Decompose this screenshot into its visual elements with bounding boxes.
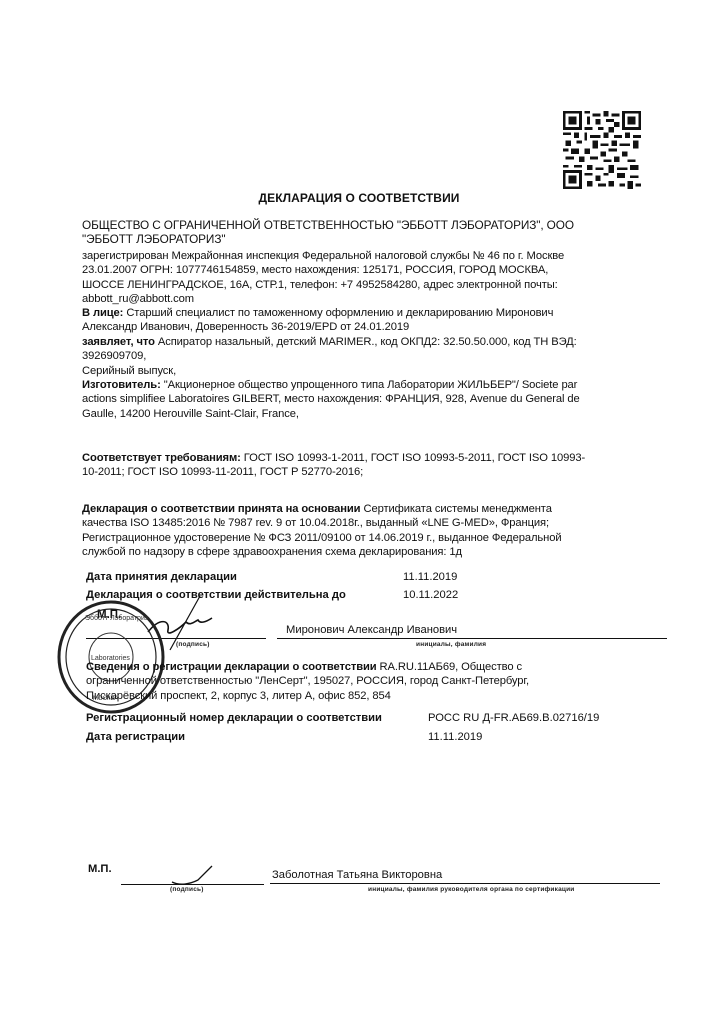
applicant-name: ОБЩЕСТВО С ОГРАНИЧЕННОЙ ОТВЕТСТВЕННОСТЬЮ… bbox=[82, 218, 657, 247]
adoption-date-label: Дата принятия декларации bbox=[86, 571, 237, 583]
declares-label: заявляет, что bbox=[82, 336, 155, 348]
registration-line: abbott_ru@abbott.com bbox=[82, 292, 657, 306]
registration-info-text: RA.RU.11АБ69, Общество с bbox=[377, 661, 522, 673]
requirements: Соответствует требованиям: ГОСТ ISO 1099… bbox=[82, 451, 657, 480]
registration-date-label: Дата регистрации bbox=[86, 731, 185, 743]
svg-text:Эбботт Лэборатриз: Эбботт Лэборатриз bbox=[85, 614, 148, 622]
product-code: 3926909709, bbox=[82, 349, 657, 363]
representative: В лице: Старший специалист по таможенном… bbox=[82, 306, 657, 335]
name-caption: инициалы, фамилия bbox=[416, 641, 486, 648]
product-description: Аспиратор назальный, детский MARIMER., к… bbox=[155, 336, 577, 348]
signer-name: Миронович Александр Иванович bbox=[286, 624, 457, 636]
representative-label: В лице: bbox=[82, 307, 123, 319]
valid-until-value: 10.11.2022 bbox=[403, 589, 458, 601]
name-caption: инициалы, фамилия руководителя органа по… bbox=[368, 886, 574, 893]
stamp-place-label: М.П. bbox=[88, 863, 112, 875]
manufacturer: Изготовитель: "Акционерное общество упро… bbox=[82, 378, 657, 421]
basis-text: Регистрационное удостоверение № ФСЗ 2011… bbox=[82, 531, 657, 545]
certification-signer-name: Заболотная Татьяна Викторовна bbox=[272, 869, 442, 881]
production-type: Серийный выпуск, bbox=[82, 364, 657, 378]
qr-code-icon bbox=[563, 108, 641, 192]
representative-text: Александр Иванович, Доверенность 36-2019… bbox=[82, 320, 657, 334]
name-line bbox=[277, 638, 667, 639]
registration-info: Сведения о регистрации декларации о соот… bbox=[86, 660, 661, 703]
registration-number-value: РОСС RU Д-FR.АБ69.В.02716/19 bbox=[428, 712, 599, 724]
requirements-text: 10-2011; ГОСТ ISO 10993-11-2011, ГОСТ Р … bbox=[82, 465, 657, 479]
basis-text: Сертификата системы менеджмента bbox=[360, 503, 551, 515]
manufacturer-text: "Акционерное общество упрощенного типа Л… bbox=[161, 379, 578, 391]
representative-text: Старший специалист по таможенному оформл… bbox=[123, 307, 553, 319]
basis-text: качества ISO 13485:2016 № 7987 rev. 9 от… bbox=[82, 516, 657, 530]
applicant-name-line: "ЭББОТТ ЛЭБОРАТОРИЗ" bbox=[82, 232, 657, 246]
registration-date-value: 11.11.2019 bbox=[428, 731, 482, 743]
registration-info-label: Сведения о регистрации декларации о соот… bbox=[86, 661, 377, 673]
registration-info-text: Пискарёвский проспект, 2, корпус 3, лите… bbox=[86, 689, 661, 703]
declaration-statement: заявляет, что Аспиратор назальный, детск… bbox=[82, 335, 657, 378]
registration-number-label: Регистрационный номер декларации о соотв… bbox=[86, 712, 382, 724]
adoption-date-value: 11.11.2019 bbox=[403, 571, 457, 583]
manufacturer-label: Изготовитель: bbox=[82, 379, 161, 391]
registration-info-text: ограниченной ответственностью "ЛенСерт",… bbox=[86, 674, 661, 688]
applicant-registration: зарегистрирован Межрайонная инспекция Фе… bbox=[82, 249, 657, 307]
registration-line: зарегистрирован Межрайонная инспекция Фе… bbox=[82, 249, 657, 263]
name-line bbox=[270, 883, 660, 884]
manufacturer-text: Gaulle, 14200 Herouville Saint-Clair, Fr… bbox=[82, 407, 657, 421]
handwritten-signature-icon bbox=[168, 862, 218, 890]
registration-line: ШОССЕ ЛЕНИНГРАДСКОЕ, 16А, СТР.1, телефон… bbox=[82, 278, 657, 292]
document-title: ДЕКЛАРАЦИЯ О СООТВЕТСТВИИ bbox=[0, 191, 718, 205]
manufacturer-text: actions simplifiee Laboratoires GILBERT,… bbox=[82, 392, 657, 406]
basis-label: Декларация о соответствии принята на осн… bbox=[82, 503, 360, 515]
applicant-name-line: ОБЩЕСТВО С ОГРАНИЧЕННОЙ ОТВЕТСТВЕННОСТЬЮ… bbox=[82, 218, 657, 232]
declaration-basis: Декларация о соответствии принята на осн… bbox=[82, 502, 657, 560]
basis-text: службой по надзору в сфере здравоохранен… bbox=[82, 545, 657, 559]
requirements-text: ГОСТ ISO 10993-1-2011, ГОСТ ISO 10993-5-… bbox=[241, 452, 585, 464]
registration-line: 23.01.2007 ОГРН: 1077746154859, место на… bbox=[82, 263, 657, 277]
requirements-label: Соответствует требованиям: bbox=[82, 452, 241, 464]
